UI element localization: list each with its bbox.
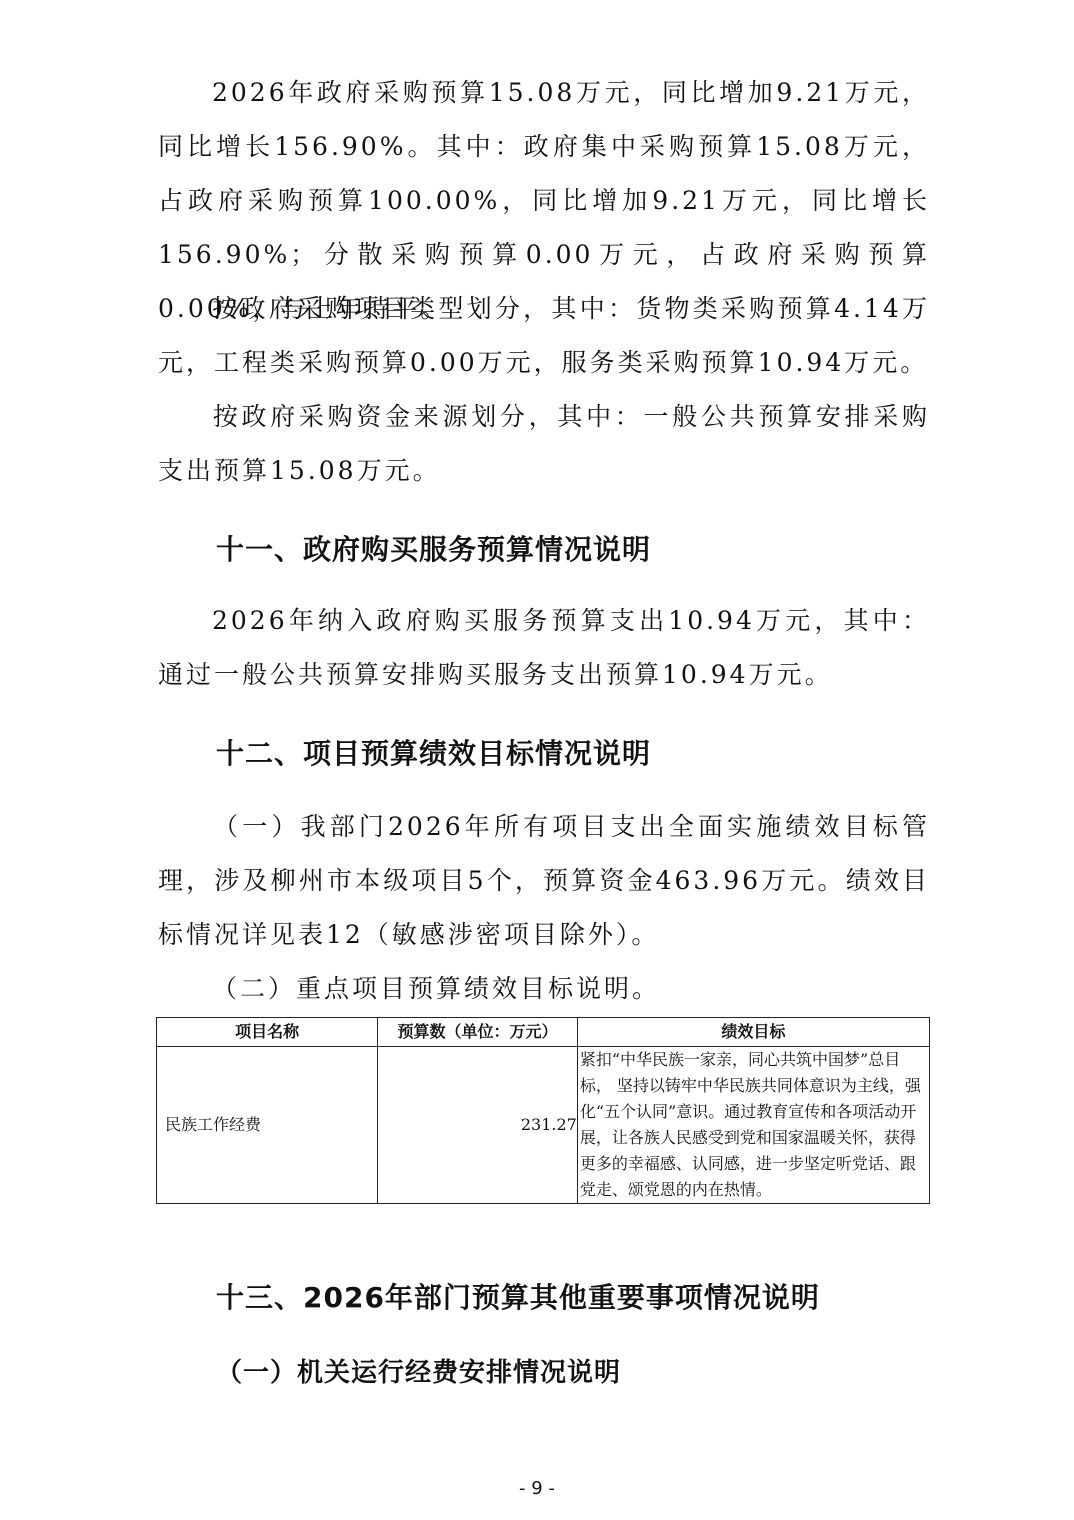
table-header-row: 项目名称 预算数（单位：万元） 绩效目标	[157, 1018, 930, 1047]
cell-project-name: 民族工作经费	[157, 1047, 378, 1204]
paragraph-text: （二）重点项目预算绩效目标说明。	[212, 974, 660, 1003]
column-header-budget: 预算数（单位：万元）	[378, 1018, 578, 1047]
section-heading-12: 十二、项目预算绩效目标情况说明	[216, 732, 651, 772]
subsection-heading-operating-expenses: （一）机关运行经费安排情况说明	[216, 1352, 621, 1389]
paragraph-purchased-services: 2026年纳入政府购买服务预算支出10.94万元，其中：通过一般公共预算安排购买…	[158, 594, 930, 702]
cell-performance-goal: 紧扣“中华民族一家亲，同心共筑中国梦”总目标， 坚持以铸牢中华民族共同体意识为主…	[577, 1047, 929, 1204]
key-project-table: 项目名称 预算数（单位：万元） 绩效目标 民族工作经费 231.27 紧扣“中华…	[156, 1017, 930, 1204]
paragraph-text: （一）我部门2026年所有项目支出全面实施绩效目标管理，涉及柳州市本级项目5个，…	[158, 812, 930, 949]
paragraph-text: 2026年纳入政府购买服务预算支出10.94万元，其中：通过一般公共预算安排购买…	[158, 606, 930, 689]
paragraph-text: 按政府采购资金来源划分，其中：一般公共预算安排采购支出预算15.08万元。	[158, 402, 930, 485]
section-heading-11: 十一、政府购买服务预算情况说明	[216, 528, 651, 568]
paragraph-text: 按政府采购项目类型划分，其中：货物类采购预算4.14万元，工程类采购预算0.00…	[158, 294, 930, 377]
section-heading-13: 十三、2026年部门预算其他重要事项情况说明	[216, 1276, 820, 1316]
paragraph-key-project-intro: （二）重点项目预算绩效目标说明。	[158, 962, 930, 1016]
paragraph-performance-goals: （一）我部门2026年所有项目支出全面实施绩效目标管理，涉及柳州市本级项目5个，…	[158, 800, 930, 962]
page-number: - 9 -	[0, 1478, 1074, 1499]
table-row: 民族工作经费 231.27 紧扣“中华民族一家亲，同心共筑中国梦”总目标， 坚持…	[157, 1047, 930, 1204]
cell-budget-amount: 231.27	[378, 1047, 578, 1204]
paragraph-procurement-by-type: 按政府采购项目类型划分，其中：货物类采购预算4.14万元，工程类采购预算0.00…	[158, 282, 930, 390]
column-header-project-name: 项目名称	[157, 1018, 378, 1047]
paragraph-procurement-by-source: 按政府采购资金来源划分，其中：一般公共预算安排采购支出预算15.08万元。	[158, 390, 930, 498]
column-header-performance-goal: 绩效目标	[577, 1018, 929, 1047]
